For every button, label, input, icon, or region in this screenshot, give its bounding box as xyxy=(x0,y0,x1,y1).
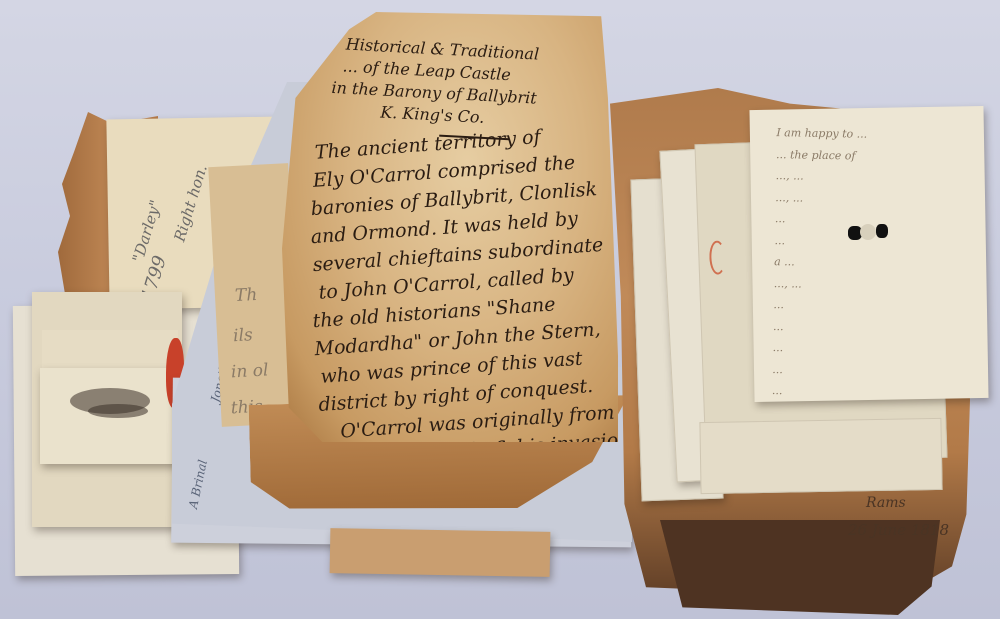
note-date: 26 June 1818 xyxy=(848,521,949,539)
letter-line: ..., ... xyxy=(775,165,866,188)
letter-line: ... xyxy=(772,359,863,382)
letter-line: ... xyxy=(772,337,863,360)
letter-line: ... the place of xyxy=(776,144,867,167)
under-page-fragment: Th xyxy=(235,285,258,306)
red-postmark-icon xyxy=(709,240,726,275)
darley-note-line-2: Right hon. xyxy=(170,163,210,244)
left-folded-flap-top xyxy=(42,330,178,372)
seal-fragment xyxy=(876,224,888,238)
bottom-page-tab xyxy=(330,528,551,577)
letter-line: ..., ... xyxy=(774,273,865,296)
letter-line: ... xyxy=(773,316,864,339)
letter-line: a ... xyxy=(774,251,865,274)
under-page-fragment: in ol xyxy=(230,360,268,382)
manuscript-heading: Historical & Traditional ... of the Leap… xyxy=(320,32,540,131)
seal-hole xyxy=(860,224,876,240)
main-manuscript-page: Historical & Traditional ... of the Leap… xyxy=(282,12,618,442)
darley-note-line-1: "Darley" xyxy=(129,198,165,265)
left-folded-flap-ink-blot xyxy=(40,368,180,464)
letter-line: I am happy to ... xyxy=(776,122,867,145)
right-letter-text: I am happy to ... ... the place of ..., … xyxy=(772,122,868,403)
note-line-1: Rams xyxy=(848,495,949,511)
right-bottom-note: Rams 26 June 1818 xyxy=(848,495,949,539)
letter-line: ... xyxy=(772,380,863,403)
ink-blot xyxy=(88,404,148,418)
letter-line: ..., ... xyxy=(775,187,866,210)
right-letter-edges xyxy=(699,418,942,494)
under-page-fragment: ils xyxy=(233,325,254,346)
right-top-letter: I am happy to ... ... the place of ..., … xyxy=(749,106,988,402)
blue-paper-line-3: A Brinal xyxy=(186,458,210,509)
letter-line: ... xyxy=(773,294,864,317)
black-wax-seal-remnant xyxy=(848,222,890,244)
